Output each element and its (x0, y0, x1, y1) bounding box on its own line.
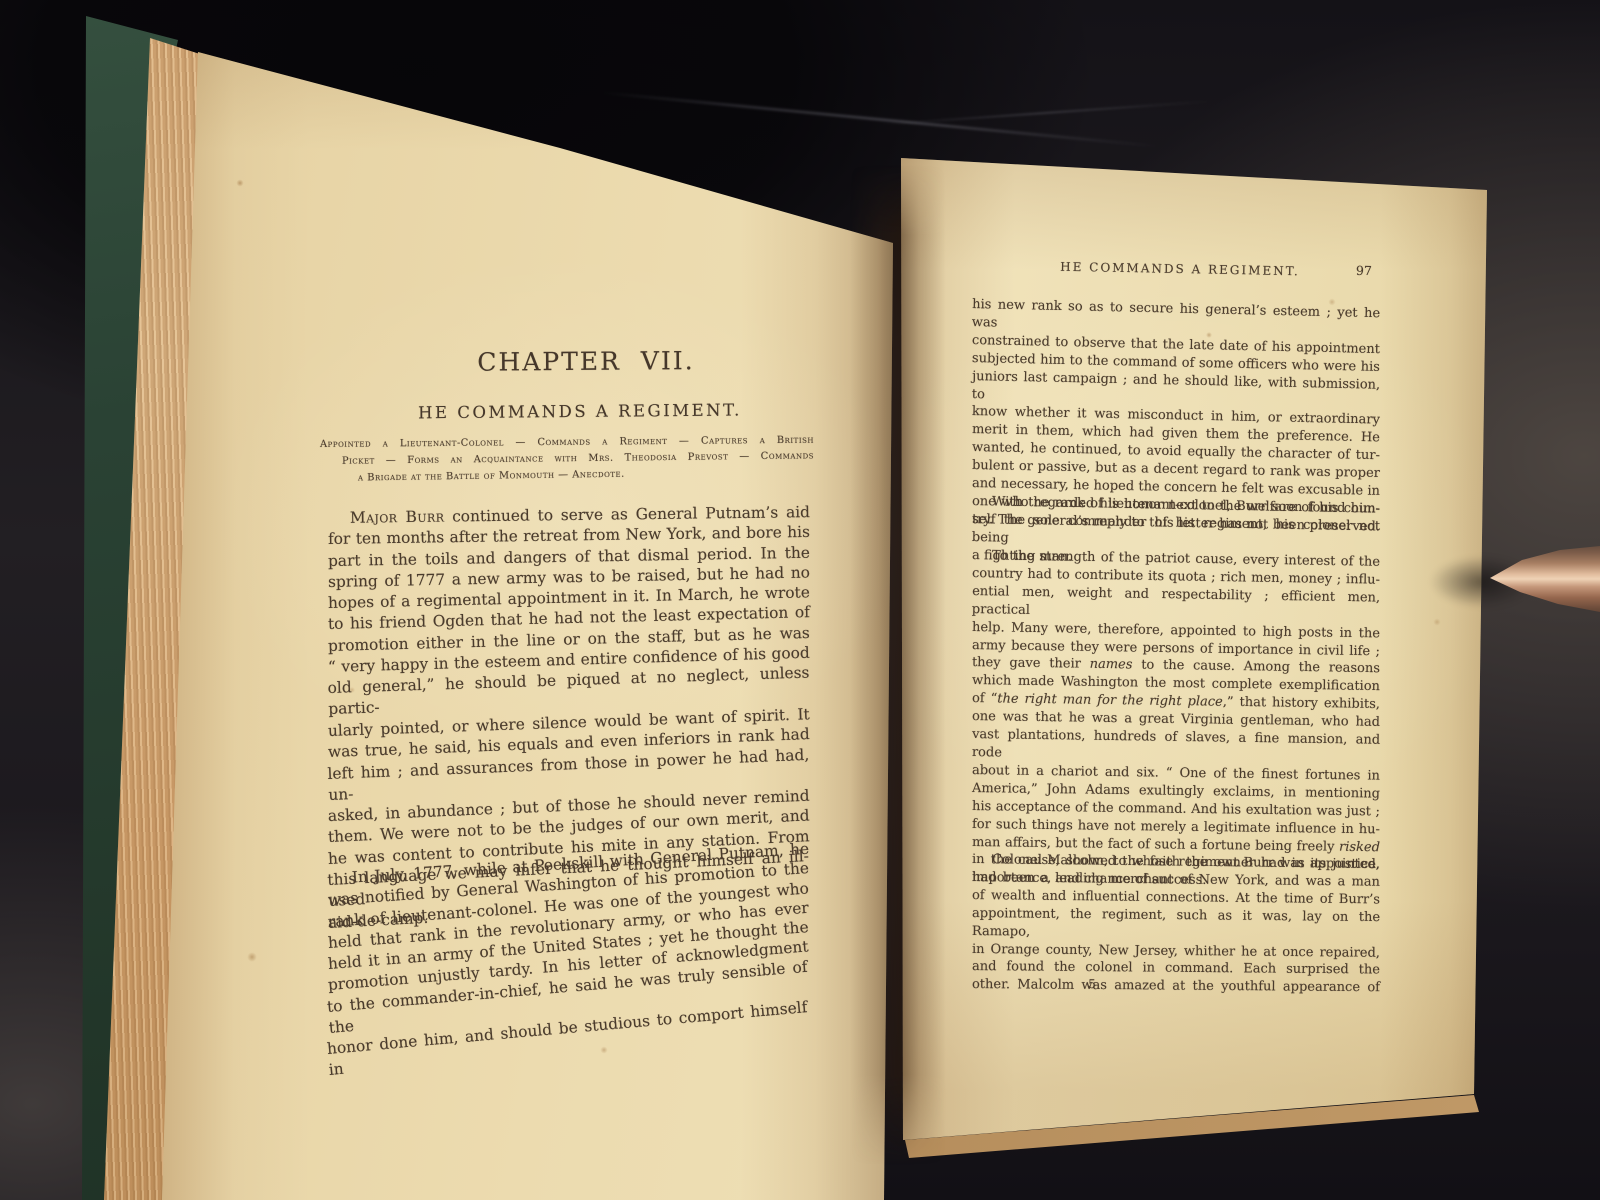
right-paragraph-3: To the strength of the patriot cause, ev… (972, 547, 1380, 887)
left-paragraph-2: In July, 1777, while at Peekskill with G… (328, 869, 810, 1082)
chapter-heading: CHAPTER VII. (328, 345, 810, 377)
signature-mark: 5 (1075, 977, 1109, 991)
chapter-argument: Appointed a Lieutenant-Colonel — Command… (320, 436, 814, 487)
running-header: HE COMMANDS A REGIMENT. (1040, 259, 1320, 278)
page-number: 97 (1356, 263, 1372, 278)
section-heading: HE COMMANDS A REGIMENT. (328, 400, 810, 423)
right-paragraph-4: Colonel Malcolm, to whose regiment Burr … (972, 851, 1380, 994)
photo-open-book: CHAPTER VII. HE COMMANDS A REGIMENT. App… (0, 0, 1600, 1200)
